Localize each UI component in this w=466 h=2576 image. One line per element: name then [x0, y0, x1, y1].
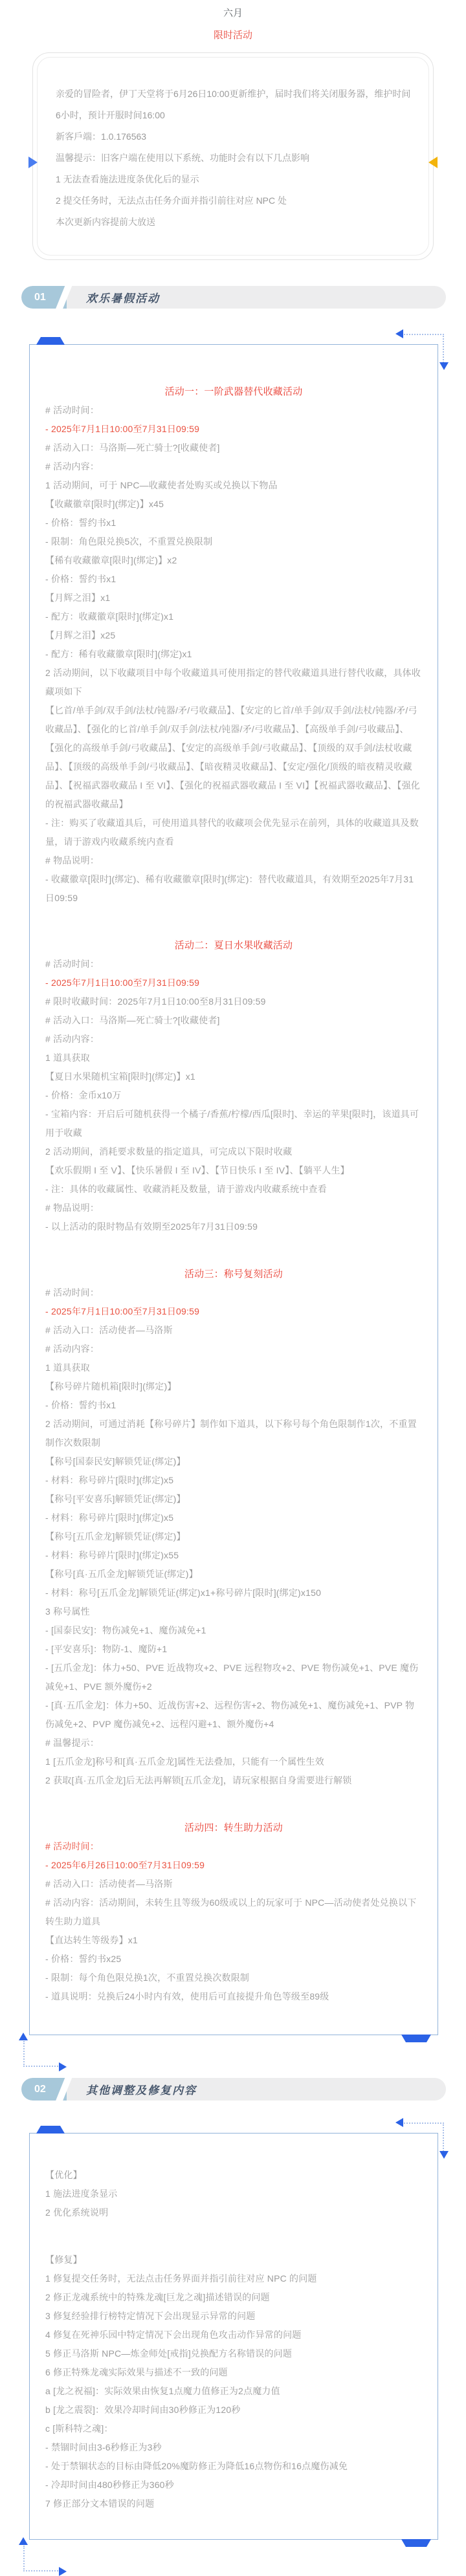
text-line: 1 [五爪金龙]称号和[真·五爪金龙]属性无法叠加，只能有一个属性生效	[45, 1752, 422, 1771]
text-line: 1 修复提交任务时，无法点击任务界面并指引前往对应 NPC 的问题	[45, 2269, 422, 2288]
text-line: - 价格：金币x10万	[45, 1086, 422, 1105]
text-line: - 注：购买了收藏道具后，可使用道具替代的收藏项会优先显示在前列，具体的收藏道具…	[45, 814, 422, 851]
text-line: - 材料：称号碎片[限时](绑定)x55	[45, 1546, 422, 1565]
text-line: 【称号[国泰民安]解锁凭证(绑定)】	[45, 1452, 422, 1471]
text-line: - [平安喜乐]：物防-1、魔防+1	[45, 1640, 422, 1659]
text-line: 1 道具获取	[45, 1049, 422, 1067]
section-title: 欢乐暑假活动	[86, 289, 160, 305]
text-line: - 道具说明：兑换后24小时内有效，使用后可直接提升角色等级至89级	[45, 1987, 422, 2006]
text-line: 3 称号属性	[45, 1602, 422, 1621]
text-line: - 限制：角色限兑换5次，不重置兑换限制	[45, 532, 422, 551]
text-line: 2 活动期间，消耗要求数量的指定道具，可完成以下限时收藏	[45, 1142, 422, 1161]
maintenance-announcement-card: 亲爱的冒险者，伊丁天堂将于6月26日10:00更新维护，届时我们将关闭服务器，维…	[32, 52, 434, 260]
text-line: 1 活动期间，可于 NPC—收藏使者处购买或兑换以下物品	[45, 476, 422, 495]
dotted-arrow-topright	[404, 334, 444, 367]
text-line: # 活动内容：	[45, 457, 422, 476]
text-line: 【称号[平安喜乐]解锁凭证(绑定)】	[45, 1490, 422, 1509]
text-line: 2 获取[真·五爪金龙]后无法再解锁[五爪金龙]，请玩家根据自身需要进行解锁	[45, 1771, 422, 1790]
text-line: 【欢乐假期 I 至 V】、【快乐暑假 I 至 IV】、【节日快乐 I 至 IV】…	[45, 1161, 422, 1180]
activity-title: 活动三：称号复刻活动	[45, 1265, 422, 1283]
section-title: 其他调整及修复内容	[86, 2081, 197, 2097]
text-line: - [国泰民安]：物伤减免+1、魔伤减免+1	[45, 1621, 422, 1640]
text-line: - 2025年7月1日10:00至7月31日09:59	[45, 974, 422, 992]
month-title: 六月	[0, 6, 466, 21]
text-line: - 注：具体的收藏属性、收藏消耗及数量，请于游戏内收藏系统中查看	[45, 1180, 422, 1199]
text-line: - 处于禁锢状态的目标由降低20%魔防修正为降低16点物伤和16点魔伤减免	[45, 2457, 422, 2476]
text-line: 6 修正特殊龙魂实际效果与描述不一致的问题	[45, 2363, 422, 2382]
corner-tab-bottom	[401, 2539, 431, 2547]
spacer	[45, 1236, 422, 1265]
corner-tab-bottom	[401, 2035, 431, 2042]
text-line: 【修复】	[45, 2251, 422, 2269]
text-line: 【称号[真·五爪金龙]解锁凭证(绑定)】	[45, 1565, 422, 1584]
activity-title: 活动二：夏日水果收藏活动	[45, 936, 422, 955]
text-line: - 宝箱内容：开启后可随机获得一个橘子/香蕉/柠檬/西瓜[限时]、幸运的苹果[限…	[45, 1105, 422, 1142]
text-line: 【夏日水果随机宝箱[限时](绑定)】x1	[45, 1067, 422, 1086]
text-line: - 材料：称号碎片[限时](绑定)x5	[45, 1471, 422, 1490]
text-line: 5 修正马洛斯 NPC—炼金师处[戒指]兑换配方名称错误的问题	[45, 2344, 422, 2363]
text-line: # 限时收藏时间：2025年7月1日10:00至8月31日09:59	[45, 992, 422, 1011]
text-line: - 价格：誓约书x25	[45, 1950, 422, 1969]
text-line: # 活动入口：马洛斯—死亡骑士?[收藏使者]	[45, 1011, 422, 1030]
fixes-text: 【优化】1 施法进度条显示2 优化系统说明【修复】1 修复提交任务时，无法点击任…	[45, 2166, 422, 2513]
text-line: # 活动时间：	[45, 1283, 422, 1302]
text-line: - 2025年7月1日10:00至7月31日09:59	[45, 420, 422, 439]
blue-right-arrow-icon	[28, 157, 38, 168]
text-line: 【称号碎片随机箱[限时](绑定)】	[45, 1377, 422, 1396]
summer-activities-box: 活动一：一阶武器替代收藏活动# 活动时间：- 2025年7月1日10:00至7月…	[29, 344, 438, 2035]
text-line: # 活动入口：马洛斯—死亡骑士?[收藏使者]	[45, 439, 422, 457]
text-line: 1 施法进度条显示	[45, 2185, 422, 2203]
spacer	[45, 1790, 422, 1818]
text-line: - 价格：誓约书x1	[45, 1396, 422, 1415]
announcement-content: 亲爱的冒险者，伊丁天堂将于6月26日10:00更新维护，届时我们将关闭服务器，维…	[37, 57, 429, 256]
text-line: # 活动内容：	[45, 1030, 422, 1049]
text-line: # 物品说明：	[45, 1199, 422, 1217]
text-line: a [龙之祝福]：实际效果由恢复1点魔力值修正为2点魔力值	[45, 2382, 422, 2401]
text-line: - 限制：每个角色限兑换1次，不重置兑换次数限制	[45, 1969, 422, 1987]
client-version-line: 新客戶端：1.0.176563	[56, 126, 412, 147]
text-line: 2 修正龙魂系统中的特殊龙魂[巨龙之魂]描述错误的问题	[45, 2288, 422, 2307]
preview-line: 本次更新内容提前大放送	[56, 212, 412, 233]
text-line: # 活动内容：活动期间，未转生且等级为60级或以上的玩家可于 NPC—活动使者处…	[45, 1894, 422, 1931]
text-line: - 价格：誓约书x1	[45, 514, 422, 532]
text-line: - 以上活动的限时物品有效期至2025年7月31日09:59	[45, 1217, 422, 1236]
text-line: 【收藏徽章[限时](绑定)】x45	[45, 495, 422, 514]
text-line: - 价格：誓约书x1	[45, 570, 422, 589]
text-line: - [五爪金龙]：体力+50、PVE 近战物攻+2、PVE 远程物攻+2、PVE…	[45, 1659, 422, 1696]
activities-text: 活动一：一阶武器替代收藏活动# 活动时间：- 2025年7月1日10:00至7月…	[45, 382, 422, 2006]
dotted-arrow-topright	[404, 2123, 444, 2156]
text-line: 【稀有收藏徽章[限时](绑定)】x2	[45, 551, 422, 570]
text-line: c [斯科特之魂]：	[45, 2419, 422, 2438]
dotted-arrow-bottomleft	[23, 2041, 58, 2067]
corner-tab-top	[36, 2126, 65, 2134]
text-line: 2 活动期间，以下收藏项目中每个收藏道具可使用指定的替代收藏道具进行替代收藏，具…	[45, 664, 422, 701]
text-line: # 活动时间：	[45, 955, 422, 974]
text-line: # 物品说明：	[45, 851, 422, 870]
text-line: - [真·五爪金龙]：体力+50、近战伤害+2、远程伤害+2、物伤减免+1、魔伤…	[45, 1696, 422, 1734]
text-line: # 温馨提示：	[45, 1734, 422, 1752]
text-line: - 配方：稀有收藏徽章[限时](绑定)x1	[45, 645, 422, 664]
impact-item-1: 1 无法查看施法进度条优化后的显示	[56, 169, 412, 190]
text-line: - 配方：收藏徽章[限时](绑定)x1	[45, 607, 422, 626]
update-notes-page: 六月 限时活动 亲爱的冒险者，伊丁天堂将于6月26日10:00更新维护，届时我们…	[0, 0, 466, 2559]
text-line: - 禁锢时间由3-6秒修正为3秒	[45, 2438, 422, 2457]
spacer	[45, 2222, 422, 2251]
dotted-arrow-bottomleft	[23, 2546, 58, 2571]
page-subtitle: 限时活动	[0, 28, 466, 43]
activity-title: 活动四：转生助力活动	[45, 1818, 422, 1837]
text-line: # 活动时间：	[45, 1837, 422, 1856]
text-line: 2 活动期间，可通过消耗【称号碎片】制作如下道具，以下称号每个角色限制作1次，不…	[45, 1415, 422, 1452]
text-line: - 2025年6月26日10:00至7月31日09:59	[45, 1856, 422, 1875]
text-line: b [龙之震裂]：效果冷却时间由30秒修正为120秒	[45, 2401, 422, 2419]
text-line: 3 修复经验排行榜特定情况下会出现显示异常的问题	[45, 2307, 422, 2326]
text-line: 【优化】	[45, 2166, 422, 2185]
text-line: - 冷却时间由480秒修正为360秒	[45, 2476, 422, 2494]
corner-tab-top	[36, 337, 65, 345]
text-line: 【称号[五爪金龙]解锁凭证(绑定)】	[45, 1527, 422, 1546]
text-line: # 活动内容：	[45, 1340, 422, 1359]
text-line: - 2025年7月1日10:00至7月31日09:59	[45, 1302, 422, 1321]
text-line: - 材料：称号碎片[限时](绑定)x5	[45, 1509, 422, 1527]
yellow-left-arrow-icon	[428, 157, 438, 168]
text-line: 【匕首/单手剑/双手剑/法杖/钝器/矛/弓收藏品】、【安定的匕首/单手剑/双手剑…	[45, 701, 422, 814]
text-line: 2 优化系统说明	[45, 2203, 422, 2222]
text-line: 【直达转生等级券】x1	[45, 1931, 422, 1950]
text-line: - 收藏徽章[限时](绑定)、稀有收藏徽章[限时](绑定)：替代收藏道具，有效期…	[45, 870, 422, 908]
section-header-2: 02 其他调整及修复内容	[21, 2078, 446, 2101]
spacer	[45, 908, 422, 936]
text-line: - 材料：称号[五爪金龙]解锁凭证(绑定)x1+称号碎片[限时](绑定)x150	[45, 1584, 422, 1602]
text-line: 【月辉之泪】x25	[45, 626, 422, 645]
fixes-box: 【优化】1 施法进度条显示2 优化系统说明【修复】1 修复提交任务时，无法点击任…	[29, 2133, 438, 2540]
text-line: # 活动时间：	[45, 401, 422, 420]
tip-line: 温馨提示：旧客户端在使用以下系统、功能时会有以下几点影响	[56, 147, 412, 169]
maintenance-notice: 亲爱的冒险者，伊丁天堂将于6月26日10:00更新维护，届时我们将关闭服务器，维…	[56, 83, 412, 126]
section-header-1: 01 欢乐暑假活动	[21, 286, 446, 309]
activity-title: 活动一：一阶武器替代收藏活动	[45, 382, 422, 401]
text-line: 1 道具获取	[45, 1359, 422, 1377]
text-line: 4 修复在死神乐园中特定情况下会出现角色攻击动作异常的问题	[45, 2326, 422, 2344]
impact-item-2: 2 提交任务时，无法点击任务介面并指引前往对应 NPC 处	[56, 190, 412, 212]
text-line: 7 修正部分文本错误的问题	[45, 2494, 422, 2513]
text-line: 【月辉之泪】x1	[45, 589, 422, 607]
text-line: # 活动入口：活动使者—马洛斯	[45, 1321, 422, 1340]
text-line: # 活动入口：活动使者—马洛斯	[45, 1875, 422, 1894]
